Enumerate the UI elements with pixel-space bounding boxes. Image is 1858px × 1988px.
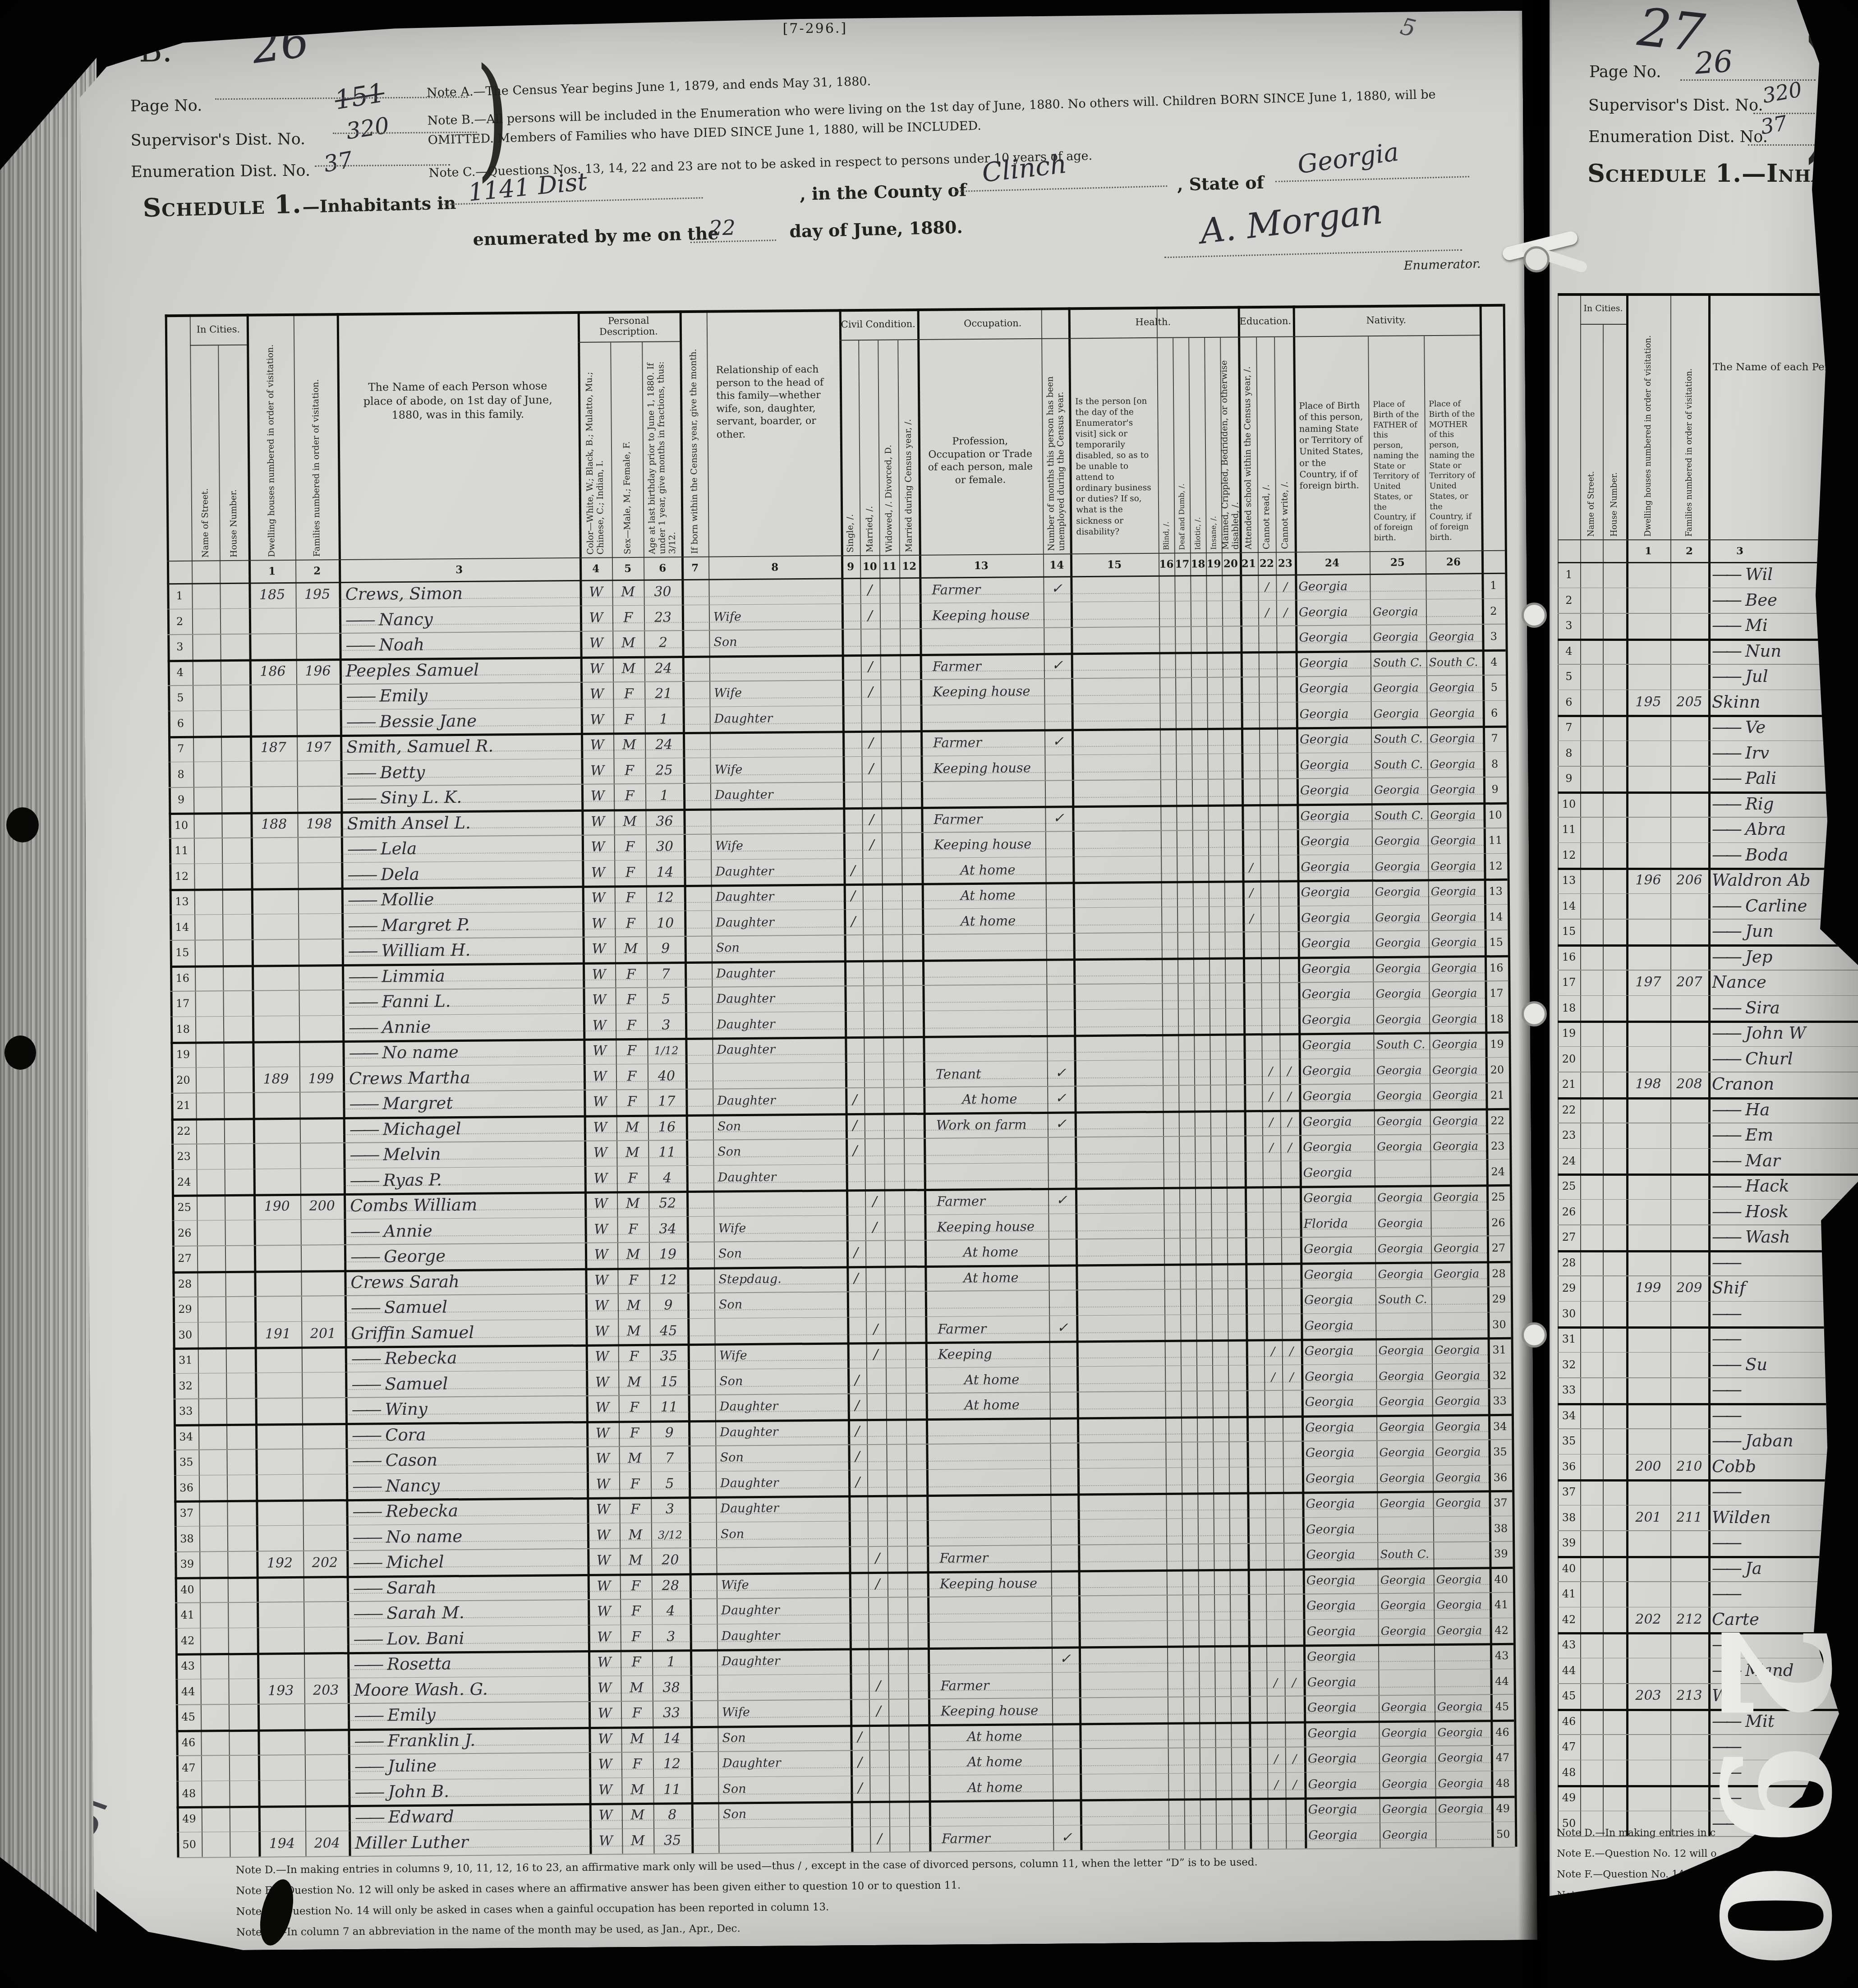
cell-c13: At home (929, 1774, 1053, 1800)
cell-c9: / (845, 1087, 864, 1113)
ditto-dash: —— (350, 1145, 377, 1164)
person-name: Crews, Simon (345, 584, 463, 604)
spine-shadow (1518, 0, 1552, 1988)
col-header-text: Maimed, Crippled, Bedridden, or otherwis… (1219, 340, 1241, 549)
col-header-text: Families numbered in order of visitation… (310, 316, 322, 557)
cell-c6: 34 (648, 1216, 686, 1242)
cell-rn: 30 (1558, 1301, 1580, 1327)
cell-c13: At home (921, 856, 1045, 883)
cell-c4: W (581, 758, 613, 784)
cell-c4: W (589, 1752, 621, 1777)
cell-c5: F (616, 1089, 648, 1115)
cell-c6: 16 (648, 1114, 686, 1140)
cell-rn: 27 (1558, 1224, 1580, 1250)
cell-c6: 11 (653, 1777, 691, 1803)
cell-c10: / (866, 1316, 885, 1342)
cell-c5: F (621, 1701, 653, 1726)
cell-c8: Son (712, 934, 844, 961)
cell-c14: ✓ (1048, 1187, 1075, 1213)
person-name-fragment: Ja (1745, 1559, 1762, 1578)
cell-c10: / (860, 603, 880, 629)
cell-c3: Crews Sarah (344, 1268, 585, 1295)
cell-c8: Wife (710, 756, 842, 783)
cell-c26: Georgia (1430, 1108, 1486, 1134)
cell-c24: Georgia (1304, 1772, 1379, 1798)
cell-rnR: 21 (1485, 1082, 1509, 1108)
cell-rn: 29 (1558, 1275, 1580, 1301)
cell-c8: Daughter (716, 1495, 848, 1522)
cell-c5: F (617, 1267, 649, 1293)
cell-c5: F (621, 1752, 653, 1777)
ditto-dash: —— (1712, 1813, 1739, 1833)
cell-c4: W (583, 1013, 616, 1039)
person-name: Nancy (379, 609, 433, 629)
person-name-fragment: Carte (1712, 1610, 1759, 1629)
person-name-fragment: Su (1745, 1355, 1767, 1374)
cell-c10: / (865, 1189, 884, 1215)
cell-c25: Georgia (1377, 1465, 1433, 1491)
cell-c26: Georgia (1429, 1006, 1485, 1032)
cell-c4: W (583, 987, 615, 1013)
cell-c10: / (866, 1342, 886, 1368)
cell-c24: Georgia (1301, 1313, 1375, 1339)
binder-grommet (1523, 246, 1550, 272)
col-header-text: Color—White, W.; Black, B.; Mulatto, Mu.… (584, 345, 606, 555)
person-name: Winy (385, 1399, 428, 1419)
col-header-c17: Deaf and Dumb, /. (1173, 338, 1190, 552)
cell-c3: ——Emily (348, 1701, 589, 1729)
cell-c4: W (584, 1089, 616, 1115)
col-header-c2: Families numbered in order of visitation… (294, 313, 338, 560)
cell-c25: Georgia (1371, 701, 1426, 727)
cell-c25: Georgia (1374, 1134, 1430, 1160)
col-header-c9: Single, /. (840, 341, 860, 555)
cell-c5: M (614, 809, 645, 834)
cell-c5: F (620, 1624, 652, 1650)
col-number-c11: 11 (879, 555, 899, 577)
cell-c3: —— (1712, 1403, 1858, 1429)
cell-c1: 185 (248, 582, 295, 608)
cell-c23: / (1276, 574, 1295, 600)
col-number-c3: 3 (339, 557, 579, 582)
cell-c10: / (861, 731, 881, 756)
cell-c5: M (618, 1293, 649, 1319)
cell-rnL: 23 (171, 1144, 196, 1169)
person-name: William H. (382, 940, 471, 961)
person-name: Lov. Bani (387, 1629, 464, 1648)
cell-c24: Georgia (1297, 879, 1372, 906)
cell-c14: ✓ (1045, 805, 1072, 831)
cell-rnR: 35 (1488, 1439, 1512, 1465)
ditto-dash: —— (1712, 1406, 1739, 1425)
cell-c24: Georgia (1303, 1619, 1378, 1645)
col-header-text: Deaf and Dumb, /. (1176, 341, 1187, 550)
cell-rn: 21 (1558, 1072, 1580, 1097)
cell-c8: Son (714, 1240, 846, 1267)
cell-c25: Georgia (1379, 1694, 1435, 1720)
col-header-c18: Idiotic, /. (1189, 338, 1205, 552)
ditto-dash: —— (1712, 743, 1739, 763)
cell-c24: Georgia (1302, 1491, 1377, 1517)
cell-c13: At home (923, 1086, 1047, 1113)
person-name-fragment: John W (1745, 1023, 1806, 1043)
cell-rn: 25 (1558, 1173, 1580, 1199)
cell-c26: Georgia (1427, 726, 1483, 751)
col-number-c18: 18 (1190, 552, 1206, 575)
person-name: Limmia (382, 966, 445, 986)
cell-c3: W (1712, 1683, 1858, 1709)
cell-c5: F (621, 1650, 652, 1675)
cell-c6: 12 (646, 885, 684, 911)
person-name: Franklin J. (387, 1730, 475, 1750)
ditto-dash: —— (352, 1451, 379, 1470)
cell-rnR: 2 (1482, 598, 1505, 624)
cell-c3: ——Irv (1712, 741, 1858, 766)
ditto-dash: —— (351, 1349, 378, 1368)
cell-c2: 202 (303, 1550, 346, 1576)
person-name-fragment: Bee (1745, 590, 1777, 610)
cell-c3: ——Nancy (346, 1472, 587, 1499)
cell-c25: South C. (1371, 752, 1427, 778)
cell-c3: ——No name (346, 1523, 587, 1550)
cell-c8: Daughter (710, 705, 842, 732)
cell-c5: M (612, 580, 644, 605)
cell-c10: / (869, 1673, 888, 1699)
cell-c4: W (584, 1064, 616, 1090)
cell-c10: / (861, 654, 880, 680)
cell-c3: —— (1712, 1632, 1858, 1658)
cell-rn: 41 (1558, 1581, 1580, 1607)
cell-c6: 15 (650, 1369, 688, 1395)
cell-c26: Georgia (1428, 904, 1484, 930)
cell-c1: 192 (256, 1551, 303, 1576)
cell-c3: ——Cora (345, 1421, 586, 1448)
cell-c5: F (614, 860, 646, 885)
cell-c10: / (861, 680, 880, 705)
cell-rnL: 33 (174, 1399, 198, 1424)
person-name: Samuel (384, 1297, 447, 1317)
cell-rnR: 5 (1482, 675, 1506, 700)
person-name-fragment: Jul (1745, 667, 1768, 686)
cell-c5: F (613, 681, 644, 707)
cell-c5: M (612, 630, 644, 656)
cell-c3: ——Mand (1712, 1658, 1858, 1684)
cell-rnL: 16 (170, 965, 195, 991)
cell-c24: Georgia (1304, 1695, 1379, 1721)
cell-c10: / (860, 578, 879, 603)
cell-rn: 35 (1558, 1428, 1580, 1454)
cell-rn: 7 (1558, 715, 1580, 741)
cell-c4: W (587, 1497, 619, 1523)
person-name: Miller Luther (355, 1832, 469, 1852)
person-name-fragment: Mi (1745, 616, 1768, 635)
cell-c3: Crews, Simon (339, 580, 579, 607)
cell-c5: F (614, 783, 645, 809)
col-header-c3: The Name of each Per (1713, 361, 1857, 374)
ditto-dash: —— (351, 1298, 378, 1317)
person-name-fragment: Nance (1712, 972, 1766, 992)
ditto-dash: —— (1712, 1635, 1739, 1654)
person-name: Nancy (386, 1476, 440, 1496)
cell-c9: / (846, 1113, 865, 1139)
cell-c5: F (619, 1471, 651, 1497)
cell-c3: Shif (1712, 1275, 1858, 1301)
person-name-fragment: Hosk (1745, 1202, 1789, 1221)
cell-c13: At home (924, 1264, 1049, 1291)
cell-c26: Georgia (1430, 1133, 1486, 1159)
group-header-occupation: Occupation. (917, 307, 1069, 339)
cell-c2: 195 (295, 582, 339, 607)
cell-c26: Georgia (1426, 700, 1482, 726)
person-name: Crews Martha (349, 1068, 470, 1088)
cell-c6: 25 (645, 758, 683, 783)
cell-c1: 193 (257, 1678, 304, 1703)
cell-c24: Georgia (1297, 905, 1372, 931)
cell-c14: ✓ (1052, 1646, 1079, 1672)
ditto-dash: —— (1712, 590, 1739, 610)
col-header-text: Sex—Male, M.; Female, F. (621, 345, 633, 554)
cell-c6: 14 (653, 1726, 690, 1752)
cell-c6: 3 (651, 1496, 689, 1522)
cell-c6: 21 (644, 681, 682, 707)
cell-c25: Georgia (1373, 956, 1429, 981)
col-number-c19: 19 (1206, 552, 1222, 575)
cell-c5: F (616, 1038, 647, 1064)
cell-c8: Daughter (718, 1750, 851, 1776)
col-header-c6: Age at last birthday prior to June 1, 18… (642, 342, 681, 557)
cell-c3: ——Nancy (339, 605, 580, 633)
cell-c25: Georgia (1373, 1007, 1429, 1032)
cell-c14: ✓ (1047, 1060, 1074, 1086)
cell-c25: Georgia (1377, 1491, 1433, 1516)
cell-c25: Georgia (1378, 1618, 1434, 1644)
cell-c26: Georgia (1430, 1184, 1486, 1210)
cell-c3: ——Betty (340, 758, 581, 786)
person-name: Sarah M. (386, 1603, 464, 1623)
cell-c6: 4 (652, 1598, 690, 1624)
cell-rn: 8 (1558, 741, 1580, 766)
cell-c25: Georgia (1370, 624, 1426, 650)
cell-c8: Wife (713, 1215, 846, 1242)
person-name: Lela (381, 839, 417, 859)
cell-c5: F (616, 1012, 647, 1038)
person-name: Michagel (383, 1119, 461, 1139)
cell-c24: Georgia (1304, 1746, 1379, 1772)
cell-c3: ——Hack (1712, 1173, 1858, 1199)
cell-c5: F (619, 1420, 650, 1446)
person-name: No name (386, 1527, 463, 1546)
cell-rnL: 20 (171, 1067, 196, 1093)
cell-c26: Georgia (1429, 955, 1485, 981)
cell-c24: Georgia (1302, 1466, 1377, 1492)
ditto-dash: —— (352, 1476, 379, 1496)
cell-c5: F (615, 962, 647, 987)
cell-c4: W (587, 1472, 619, 1497)
cell-c6: 7 (650, 1445, 688, 1471)
cell-c4: W (583, 936, 615, 962)
cell-c3: ——Jun (1712, 919, 1858, 944)
person-name-fragment: Pali (1745, 769, 1776, 788)
person-name: Annie (383, 1221, 432, 1241)
cell-c2: 196 (296, 658, 340, 684)
ditto-dash: —— (349, 1094, 376, 1114)
cell-rnR: 38 (1489, 1515, 1513, 1541)
cell-rnR: 9 (1483, 777, 1507, 802)
cell-c6: 1 (645, 707, 683, 732)
cell-c13: Keeping house (924, 1213, 1048, 1240)
ditto-dash: —— (1712, 845, 1739, 865)
cell-rnL: 5 (168, 685, 193, 711)
cell-c25: Georgia (1378, 1592, 1434, 1618)
ditto-dash: —— (1712, 1329, 1739, 1348)
cell-c26: Georgia (1434, 1567, 1490, 1592)
cell-c5: M (616, 1140, 648, 1166)
cell-c23: / (1280, 1084, 1299, 1109)
cell-c9: / (847, 1393, 866, 1419)
col-header-c16: Blind, /. (1157, 338, 1174, 553)
cell-c3: ——Dela (341, 860, 582, 888)
cell-c6: 3 (647, 1012, 685, 1038)
person-name-fragment: Waldron Ab (1712, 870, 1810, 890)
ditto-dash: —— (1712, 1151, 1739, 1170)
cell-c1: 200 (1626, 1454, 1670, 1480)
cell-c3: —— (1712, 1250, 1858, 1276)
person-name: Margret P. (381, 915, 470, 935)
ditto-dash: —— (354, 1731, 381, 1750)
cell-c4: W (581, 732, 613, 758)
col-header-c23: Cannot write, /. (1274, 337, 1294, 552)
cell-rnL: 7 (168, 736, 193, 762)
cell-c1: 189 (253, 1066, 299, 1092)
cell-rn: 39 (1558, 1530, 1580, 1556)
person-name-fragment: W (1712, 1686, 1729, 1705)
col-number-c1: 1 (248, 560, 295, 583)
cell-c9: / (848, 1444, 867, 1470)
cell-c10: / (868, 1571, 888, 1597)
ditto-dash: —— (346, 712, 373, 731)
cell-c25: Georgia (1376, 1338, 1432, 1363)
cell-c14: ✓ (1049, 1315, 1076, 1341)
cell-c5: F (620, 1573, 652, 1599)
cell-c26: Georgia (1435, 1745, 1491, 1771)
cell-c3: ——Ja (1712, 1556, 1858, 1582)
cell-c8: Son (716, 1521, 849, 1547)
cell-rn: 16 (1558, 944, 1580, 970)
cell-c24: Georgia (1297, 854, 1372, 880)
cell-c24: Georgia (1299, 1083, 1374, 1109)
cell-c6: 11 (648, 1140, 686, 1165)
cell-c26: Georgia (1431, 1261, 1487, 1287)
group-header-incities: In Cities. (190, 314, 247, 345)
person-name-fragment: Churl (1745, 1049, 1793, 1068)
cell-rn: 45 (1558, 1683, 1580, 1709)
cell-c4: W (587, 1548, 620, 1574)
cell-rnL: 49 (177, 1806, 202, 1832)
cell-c13: Farmer (921, 805, 1045, 832)
cell-c3: —— (1712, 1301, 1858, 1327)
cell-c2: 197 (297, 735, 340, 760)
ditto-dash: —— (347, 839, 374, 859)
cell-c25: Georgia (1374, 1109, 1430, 1134)
cell-c25: Georgia (1375, 1261, 1431, 1287)
cell-rn: 36 (1558, 1454, 1580, 1480)
cell-c6: 30 (646, 834, 684, 860)
cell-c13: At home (925, 1392, 1049, 1418)
group-header-health: Health. (1068, 306, 1238, 338)
cell-c6: 35 (653, 1828, 691, 1854)
cell-c3: ——Fanni L. (342, 988, 583, 1015)
cell-c5: M (613, 732, 645, 758)
person-name: Samuel (385, 1374, 448, 1394)
cell-c4: W (588, 1675, 621, 1701)
ditto-dash: —— (1712, 896, 1739, 916)
group-header-incities: In Cities. (1580, 293, 1626, 324)
cell-c3: ——Juline (348, 1752, 589, 1780)
person-name: Siny L. K. (380, 787, 462, 807)
person-name: Rebecka (386, 1501, 458, 1521)
cell-c3: ——Ha (1712, 1097, 1858, 1123)
cell-rnL: 4 (168, 659, 193, 685)
person-name: Emily (387, 1705, 436, 1725)
bottom-note-f-frag: Note F.—Question No. 14 will (1557, 1869, 1706, 1880)
cell-c25: Georgia (1374, 1058, 1430, 1083)
cell-c26: Georgia (1431, 1235, 1487, 1261)
ditto-dash: —— (1712, 1380, 1739, 1399)
cell-c26: Georgia (1430, 1082, 1485, 1108)
cell-c25: Georgia (1370, 599, 1426, 625)
cell-c4: W (582, 911, 615, 937)
cell-c6: 2 (644, 630, 682, 656)
cell-c24: Georgia (1303, 1568, 1378, 1594)
col-header-c7: If born within the Census year, give the… (680, 310, 708, 557)
cell-c3: ——Emily (340, 682, 580, 709)
ditto-dash: —— (346, 763, 373, 782)
cell-rnL: 39 (175, 1551, 199, 1577)
cell-c25: Georgia (1378, 1567, 1434, 1593)
cell-c4: W (586, 1370, 618, 1395)
census-table-right: In Cities.Name of Street.House Number.Dw… (1550, 0, 1858, 1947)
person-name: Smith, Samuel R. (346, 736, 493, 757)
cell-c23: / (1284, 1670, 1303, 1696)
cell-c13: Work on farm (924, 1111, 1048, 1138)
cell-c3: ——Melvin (343, 1141, 584, 1168)
person-name-fragment: Irv (1745, 743, 1769, 763)
cell-c24: Georgia (1296, 676, 1371, 702)
col-number-c1: 1 (1626, 539, 1670, 562)
cell-rnL: 42 (175, 1628, 200, 1653)
col-header-text: Insane, /. (1208, 341, 1218, 550)
cell-c13: Farmer (920, 729, 1044, 756)
cell-rnL: 35 (174, 1450, 198, 1475)
cell-c3: ——Sarah (347, 1574, 588, 1601)
punch-hole (5, 1035, 36, 1070)
cell-c23: / (1280, 1109, 1299, 1135)
cell-rnL: 28 (172, 1271, 197, 1297)
cell-c1: 199 (1626, 1275, 1670, 1301)
cell-c5: M (621, 1726, 653, 1752)
col-header-text: Attended school within the Census year, … (1242, 340, 1254, 549)
cell-c8: Wife (709, 603, 842, 630)
cell-c4: W (586, 1446, 619, 1472)
cell-rnR: 36 (1489, 1464, 1512, 1490)
cell-c24: Georgia (1298, 981, 1373, 1008)
cell-c1: 197 (1626, 970, 1670, 995)
cell-c13: Keeping house (927, 1570, 1051, 1597)
cell-rnR: 46 (1490, 1719, 1514, 1745)
ditto-dash: —— (1712, 641, 1739, 661)
ditto-dash: —— (1712, 1712, 1739, 1731)
cell-c8: Son (718, 1801, 851, 1827)
